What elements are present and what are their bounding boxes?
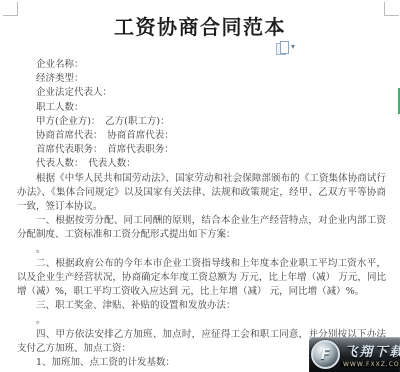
paragraph: 。	[17, 243, 386, 257]
document-body[interactable]: 企业名称： 经济类型： 企业法定代表人： 职工人数： 甲方(企业方)： 乙方(职…	[17, 58, 386, 370]
paragraph: 首席代表职务： 首席代表职务：	[17, 143, 386, 157]
watermark-logo-letter: F	[321, 348, 331, 362]
document-title: 工资协商合同范本	[0, 0, 400, 40]
watermark-site-name: 飞翔下载	[344, 341, 400, 360]
paragraph: 二、根据政府公布的今年本市企业工资指导线和上年度本企业职工平均工资水平，以及企业…	[17, 257, 386, 300]
paragraph: 职工人数：	[17, 101, 386, 115]
paragraph: 代表人数： 代表人数：	[17, 157, 386, 171]
watermark-badge: F 飞翔下载 WWW.FXXZ.COM	[309, 337, 400, 372]
clipboard-paste-icon	[276, 41, 288, 54]
paragraph: 一、根据按劳分配、同工同酬的原则，结合本企业生产经营特点，对企业内部工资分配制度…	[17, 214, 386, 242]
watermark-text-block: 飞翔下载 WWW.FXXZ.COM	[340, 341, 400, 368]
paragraph: 三、职工奖金、津贴、补贴的设置和发放办法：	[17, 299, 386, 313]
paragraph: 经济类型：	[17, 72, 386, 86]
document-page[interactable]: 工资协商合同范本 ▾ 企业名称： 经济类型： 企业法定代表人： 职工人数： 甲方…	[0, 0, 400, 372]
paragraph: 。	[17, 314, 386, 328]
paragraph: 根据《中华人民共和国劳动法》、国家劳动和社会保障部颁布的《工资集体协商试行办法》…	[17, 172, 386, 215]
paragraph: 协商首席代表： 协商首席代表：	[17, 129, 386, 143]
paste-options-button[interactable]: ▾	[276, 39, 302, 55]
watermark-site-url: WWW.FXXZ.COM	[340, 361, 400, 368]
paragraph: 甲方(企业方)： 乙方(职工方)：	[17, 115, 386, 129]
margin-crop-mark-top-left	[3, 2, 18, 16]
paragraph: 企业名称：	[17, 58, 386, 72]
dropdown-arrow-icon: ▾	[291, 43, 295, 51]
paragraph: 企业法定代表人：	[17, 86, 386, 100]
margin-crop-mark-top-right	[384, 2, 399, 16]
watermark-logo-icon: F	[311, 340, 340, 369]
